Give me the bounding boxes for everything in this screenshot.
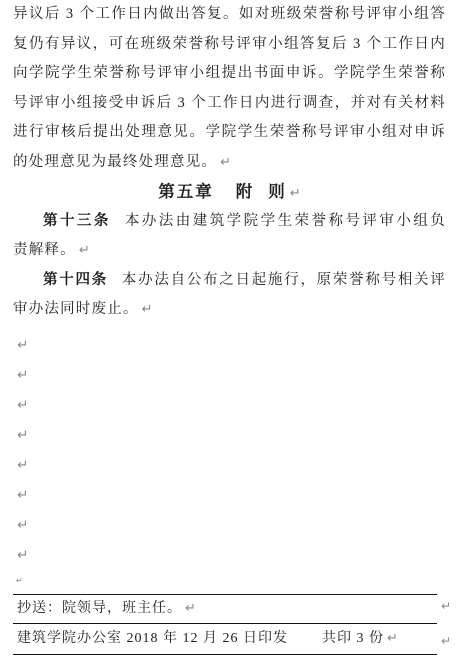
article-14-line2: 审办法同时废止。↵	[13, 295, 446, 325]
article-13-line2: 责解释。↵	[13, 236, 446, 266]
copies-text: 共印 3 份	[322, 631, 384, 646]
empty-paragraph: ↵	[17, 390, 28, 420]
article-13-text: 责解释。	[13, 242, 76, 258]
body-line: 进行审核后提出处理意见。学院学生荣誉称号评审小组对申诉	[13, 118, 446, 148]
document-page: 异议后 3 个工作日内做出答复。如对班级荣誉称号评审小组答 复仍有异议，可在班级…	[0, 0, 458, 661]
body-line-text: 复仍有异议，可在班级荣誉称号评审小组答复后 3 个工作日内	[13, 36, 446, 52]
body-line-text: 进行审核后提出处理意见。学院学生荣誉称号评审小组对申诉	[13, 124, 446, 140]
paragraph-return-mark: ↵	[441, 599, 451, 613]
body-line-text: 号评审小组接受申诉后 3 个工作日内进行调查，并对有关材料	[13, 95, 446, 111]
body-line-text: 的处理意见为最终处理意见。	[13, 154, 217, 170]
paragraph-return-mark: ↵	[17, 547, 28, 563]
empty-paragraph: ↵	[17, 330, 28, 360]
publisher-text: 建筑学院办公室 2018 年 12 月 26 日印发	[17, 631, 288, 646]
paragraph-return-mark: ↵	[441, 634, 451, 648]
paragraph-return-mark: ↵	[17, 367, 28, 383]
chapter-title-char: 附	[236, 182, 255, 201]
paragraph-return-mark: ↵	[142, 302, 153, 317]
cc-text: 抄送：院领导，班主任。	[17, 601, 182, 616]
empty-paragraph: ↵	[17, 510, 28, 540]
publisher-row: 建筑学院办公室 2018 年 12 月 26 日印发共印 3 份↵	[13, 624, 437, 656]
article-14-line1: 第十四条本办法自公布之日起施行，原荣誉称号相关评	[13, 266, 446, 296]
body-line-text: 向学院学生荣誉称号评审小组提出书面申诉。学院学生荣誉称	[13, 65, 446, 81]
paragraph-return-mark: ↵	[17, 427, 28, 443]
body-line: 复仍有异议，可在班级荣誉称号评审小组答复后 3 个工作日内	[13, 30, 446, 60]
paragraph-return-mark: ↵	[290, 186, 301, 201]
body-line: 异议后 3 个工作日内做出答复。如对班级荣誉称号评审小组答	[13, 0, 446, 30]
article-14-text: 审办法同时废止。	[13, 301, 139, 317]
paragraph-return-mark: ↵	[185, 601, 196, 616]
document-body: 异议后 3 个工作日内做出答复。如对班级荣誉称号评审小组答 复仍有异议，可在班级…	[13, 0, 446, 325]
paragraph-return-mark: ↵	[387, 631, 398, 646]
footer-table: 抄送：院领导，班主任。↵ 建筑学院办公室 2018 年 12 月 26 日印发共…	[13, 594, 437, 655]
paragraph-return-mark: ↵	[220, 155, 231, 170]
body-line: 号评审小组接受申诉后 3 个工作日内进行调查，并对有关材料	[13, 89, 446, 119]
empty-paragraph: ↵	[17, 480, 28, 510]
empty-paragraph: ↵	[17, 420, 28, 450]
chapter-title-char: 则	[268, 182, 287, 201]
article-13-line1: 第十三条本办法由建筑学院学生荣誉称号评审小组负	[13, 207, 446, 237]
article-14-text: 本办法自公布之日起施行，原荣誉称号相关评	[122, 272, 446, 288]
article-13-number: 第十三条	[43, 213, 111, 229]
article-13-text: 本办法由建筑学院学生荣誉称号评审小组负	[125, 213, 446, 229]
cc-row: 抄送：院领导，班主任。↵	[13, 595, 437, 624]
paragraph-return-mark: ↵	[17, 337, 28, 353]
paragraph-return-mark: ↵	[79, 243, 90, 258]
body-line: 的处理意见为最终处理意见。↵	[13, 148, 446, 178]
paragraph-return-mark: ↵	[17, 457, 28, 473]
paragraph-return-mark: ↵	[17, 487, 28, 503]
paragraph-return-mark: ↵	[17, 517, 28, 533]
chapter-number: 第五章	[158, 182, 214, 201]
empty-paragraph: ↵	[17, 450, 28, 480]
empty-paragraph: ↵	[17, 540, 28, 570]
small-paragraph-return-mark: ↵	[16, 576, 23, 585]
empty-paragraph: ↵	[17, 360, 28, 390]
paragraph-return-mark: ↵	[17, 397, 28, 413]
body-line: 向学院学生荣誉称号评审小组提出书面申诉。学院学生荣誉称	[13, 59, 446, 89]
chapter-heading: 第五章附则↵	[13, 177, 446, 207]
article-14-number: 第十四条	[43, 272, 108, 288]
body-line-text: 异议后 3 个工作日内做出答复。如对班级荣誉称号评审小组答	[13, 6, 446, 22]
empty-paragraph-marks: ↵ ↵ ↵ ↵ ↵ ↵ ↵ ↵	[17, 330, 28, 570]
